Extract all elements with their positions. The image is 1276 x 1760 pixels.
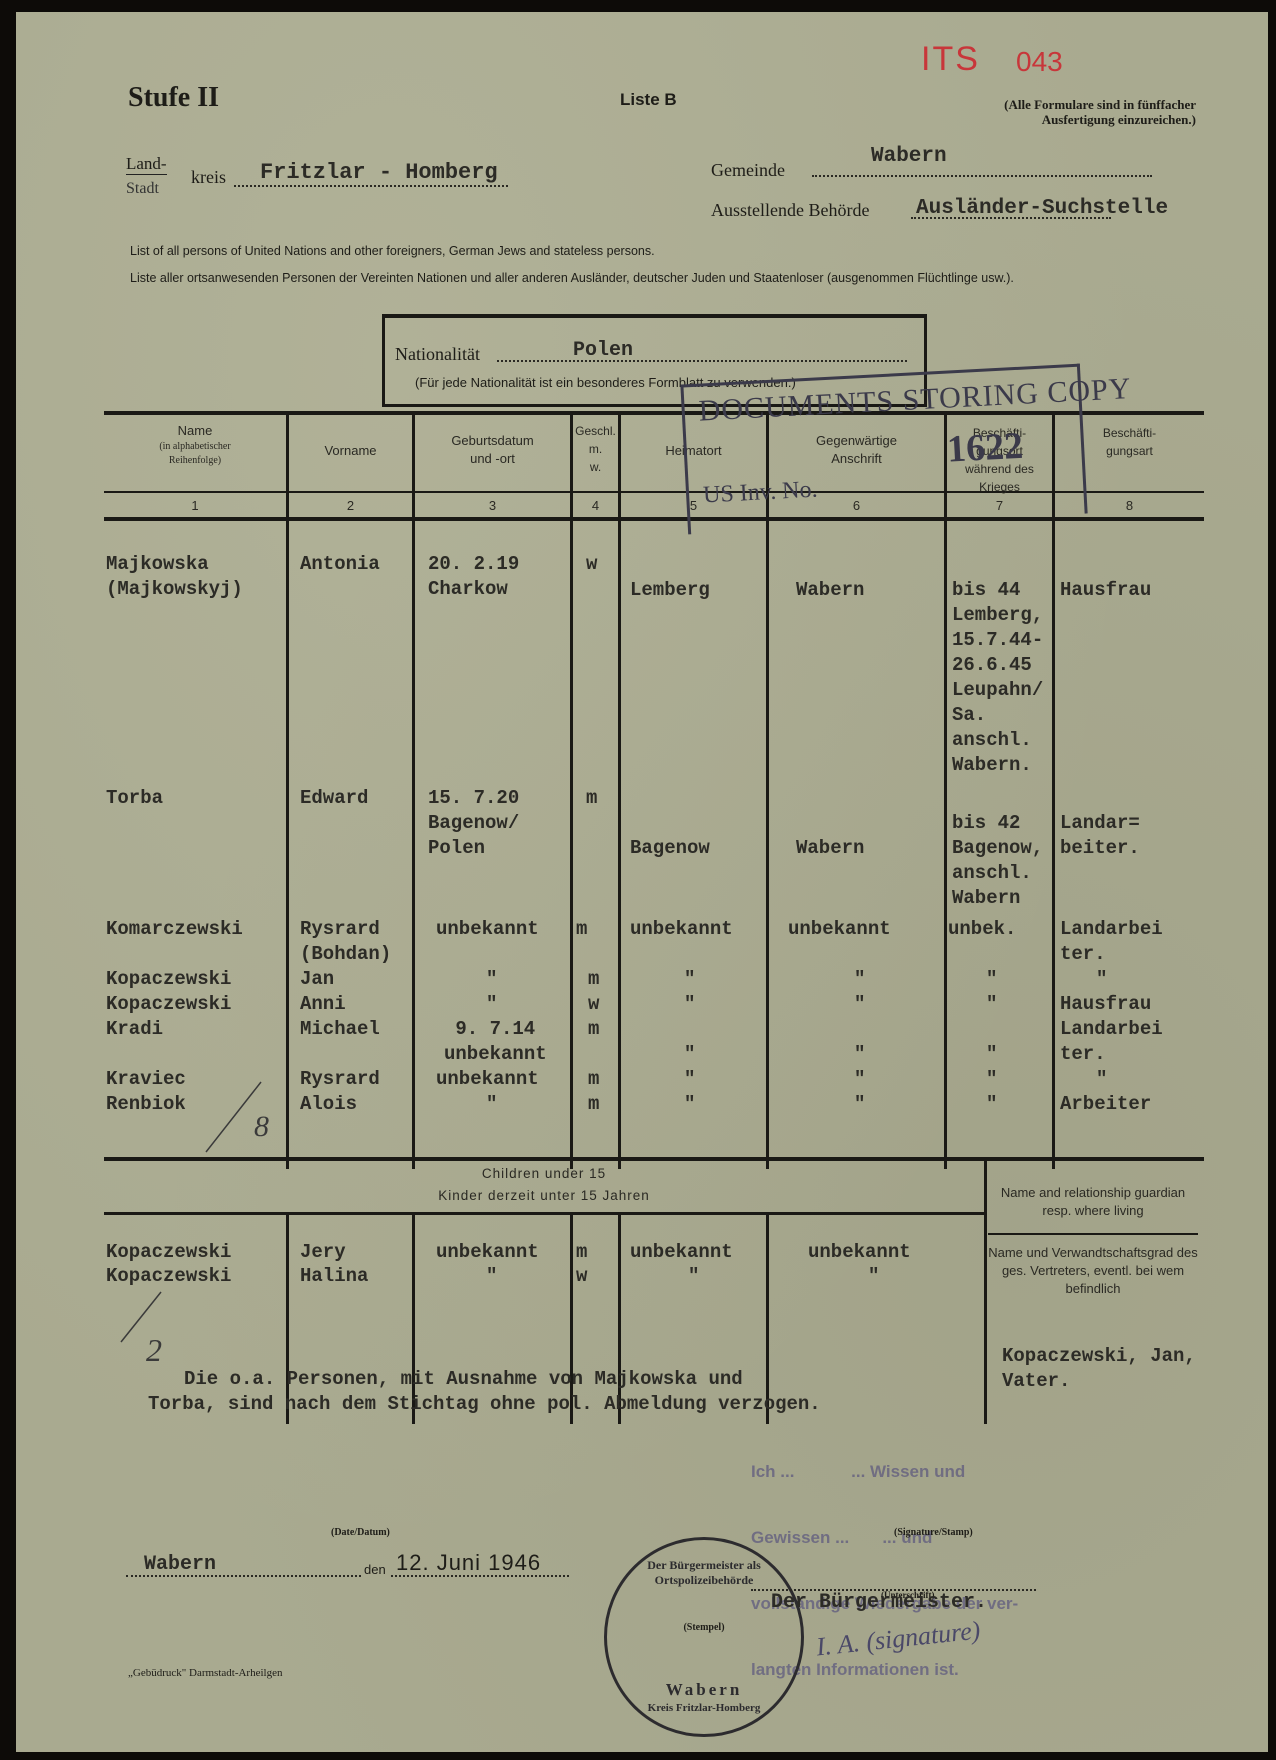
row2-heimatort: Bagenow bbox=[630, 836, 710, 861]
nationality-value: Polen bbox=[573, 338, 633, 363]
col-header-geburt: Geburtsdatum und -ort bbox=[415, 432, 570, 468]
handwritten-count-adults-mark bbox=[201, 1077, 281, 1157]
children-title: Children under 15 Kinder derzeit unter 1… bbox=[104, 1163, 984, 1207]
date-label: (Date/Datum) bbox=[331, 1527, 390, 1538]
children-top-rule bbox=[104, 1157, 1204, 1161]
row3-name: Komarczewski bbox=[106, 917, 243, 942]
col-divider-6 bbox=[944, 414, 947, 1169]
its-number: 043 bbox=[1016, 46, 1063, 78]
row5-heimatort: " bbox=[684, 992, 695, 1017]
child1-heimatort: unbekannt bbox=[630, 1240, 733, 1265]
intro-german: Liste aller ortsanwesenden Personen der … bbox=[130, 268, 1210, 289]
row2-vorname: Edward bbox=[300, 786, 368, 811]
col-header-geschlecht: Geschl. m. w. bbox=[573, 422, 618, 476]
storing-stamp-number: 1622 bbox=[946, 424, 1024, 472]
landkreis-label: Land- bbox=[126, 154, 167, 175]
col-divider-3 bbox=[570, 414, 573, 1169]
row7-geburt: unbekannt bbox=[436, 1067, 539, 1092]
col-num-1: 1 bbox=[104, 498, 286, 513]
child2-heimatort: " bbox=[688, 1264, 699, 1289]
row3-ort-krieg: unbek. bbox=[948, 917, 1016, 942]
row6-name: Kradi bbox=[106, 1017, 163, 1042]
seal-kreis: Kreis Fritzlar-Homberg bbox=[607, 1702, 801, 1714]
row4-ort-krieg: " bbox=[986, 967, 997, 992]
guardian-header-en: Name and relationship guardian resp. whe… bbox=[988, 1184, 1198, 1220]
row5-name: Kopaczewski bbox=[106, 992, 231, 1017]
child1-anschrift: unbekannt bbox=[808, 1240, 911, 1265]
col-divider-4 bbox=[618, 414, 621, 1169]
handwritten-count-adults: 8 bbox=[254, 1110, 269, 1144]
child2-vorname: Halina bbox=[300, 1264, 368, 1289]
nationality-label: Nationalität bbox=[395, 344, 480, 365]
child2-anschrift: " bbox=[868, 1264, 879, 1289]
place-value: Wabern bbox=[144, 1552, 216, 1577]
child1-geschl: m bbox=[576, 1240, 587, 1265]
row6-art: Landarbei ter. bbox=[1060, 1017, 1163, 1067]
row3-anschrift: unbekannt bbox=[788, 917, 891, 942]
intro-english: List of all persons of United Nations an… bbox=[130, 244, 655, 258]
documents-storing-stamp: DOCUMENTS STORING COPY US Inv. No. 1622 bbox=[680, 364, 1087, 535]
row3-geschl: m bbox=[576, 917, 587, 942]
copies-note: (Alle Formulare sind in fünffacher Ausfe… bbox=[896, 97, 1196, 127]
storing-stamp-inv-label: US Inv. No. bbox=[703, 477, 819, 510]
stufe-title: Stufe II bbox=[128, 82, 219, 114]
row3-heimatort: unbekannt bbox=[630, 917, 733, 942]
nationality-line bbox=[497, 360, 907, 362]
child2-name: Kopaczewski bbox=[106, 1264, 231, 1289]
row6-vorname: Michael bbox=[300, 1017, 380, 1042]
row7-name: Kraviec bbox=[106, 1067, 186, 1092]
row6-heimatort: " bbox=[684, 1042, 695, 1067]
storing-stamp-title: DOCUMENTS STORING COPY bbox=[698, 372, 1132, 429]
row1-geburt: 20. 2.19 Charkow bbox=[428, 552, 519, 602]
row1-geschl: w bbox=[586, 552, 597, 577]
table-colnum-rule bbox=[104, 517, 1204, 521]
row1-ort-krieg: bis 44 Lemberg, 15.7.44- 26.6.45 Leupahn… bbox=[952, 578, 1043, 778]
row7-geschl: m bbox=[588, 1067, 599, 1092]
row4-art: " bbox=[1096, 967, 1107, 992]
row1-vorname: Antonia bbox=[300, 552, 380, 577]
row4-geburt: " bbox=[486, 967, 497, 992]
landkreis-suffix: kreis bbox=[191, 167, 226, 188]
guardian-divider bbox=[984, 1159, 987, 1424]
row2-ort-krieg: bis 42 Bagenow, anschl. Wabern bbox=[952, 811, 1043, 911]
row4-anschrift: " bbox=[854, 967, 865, 992]
liste-label: Liste B bbox=[620, 90, 677, 110]
seal-top-text: Der Bürgermeister als Ortspolizeibehörde bbox=[607, 1558, 801, 1588]
gemeinde-value: Wabern bbox=[871, 144, 947, 169]
official-seal: Der Bürgermeister als Ortspolizeibehörde… bbox=[604, 1537, 804, 1737]
child1-geburt: unbekannt bbox=[436, 1240, 539, 1265]
guardian-header-de: Name und Verwandtschaftsgrad des ges. Ve… bbox=[988, 1244, 1198, 1298]
row7-anschrift: " bbox=[854, 1067, 865, 1092]
child1-name: Kopaczewski bbox=[106, 1240, 231, 1265]
col-num-2: 2 bbox=[289, 498, 412, 513]
row2-art: Landar= beiter. bbox=[1060, 811, 1140, 861]
row1-name: Majkowska (Majkowskyj) bbox=[106, 552, 243, 602]
row3-art: Landarbei ter. bbox=[1060, 917, 1163, 967]
seal-town: Wabern bbox=[607, 1680, 801, 1700]
gemeinde-line bbox=[812, 175, 1152, 177]
col-divider-7 bbox=[1052, 414, 1055, 1169]
col-divider-2 bbox=[412, 414, 415, 1169]
row5-geschl: w bbox=[588, 992, 599, 1017]
its-stamp: ITS bbox=[921, 40, 980, 79]
handwritten-count-children: 2 bbox=[146, 1332, 162, 1369]
row8-name: Renbiok bbox=[106, 1092, 186, 1117]
signature-label: (Signature/Stamp) bbox=[894, 1527, 973, 1538]
remark-line1: Die o.a. Personen, mit Ausnahme von Majk… bbox=[184, 1367, 743, 1392]
signer-title: Der Bürgermeister. bbox=[771, 1590, 987, 1615]
guardian-header-rule bbox=[988, 1233, 1198, 1235]
landkreis-label-stadt: Stadt bbox=[126, 180, 159, 198]
row8-anschrift: " bbox=[854, 1092, 865, 1117]
row1-anschrift: Wabern bbox=[796, 578, 864, 603]
row7-heimatort: " bbox=[684, 1067, 695, 1092]
row4-heimatort: " bbox=[684, 967, 695, 992]
col-num-4: 4 bbox=[573, 498, 618, 513]
row6-ort-krieg: " bbox=[986, 1042, 997, 1067]
row5-geburt: " bbox=[486, 992, 497, 1017]
row7-vorname: Rysrard bbox=[300, 1067, 380, 1092]
row8-geschl: m bbox=[588, 1092, 599, 1117]
col-divider-1 bbox=[286, 414, 289, 1169]
row4-vorname: Jan bbox=[300, 967, 334, 992]
remark-line2: Torba, sind nach dem Stichtag ohne pol. … bbox=[148, 1392, 821, 1417]
row8-geburt: " bbox=[486, 1092, 497, 1117]
child2-geschl: w bbox=[576, 1264, 587, 1289]
row8-heimatort: " bbox=[684, 1092, 695, 1117]
row8-art: Arbeiter bbox=[1060, 1092, 1151, 1117]
row6-anschrift: " bbox=[854, 1042, 865, 1067]
row2-name: Torba bbox=[106, 786, 163, 811]
row2-geburt: 15. 7.20 Bagenow/ Polen bbox=[428, 786, 519, 861]
row1-art: Hausfrau bbox=[1060, 578, 1151, 603]
gemeinde-label: Gemeinde bbox=[711, 160, 785, 181]
behoerde-label: Ausstellende Behörde bbox=[711, 200, 869, 221]
row5-anschrift: " bbox=[854, 992, 865, 1017]
landkreis-line bbox=[234, 185, 508, 187]
date-value: 12. Juni 1946 bbox=[396, 1550, 541, 1576]
stempel-label: (Stempel) bbox=[607, 1622, 801, 1633]
behoerde-value: Ausländer-Suchstelle bbox=[916, 196, 1168, 221]
row8-vorname: Alois bbox=[300, 1092, 357, 1117]
row3-geburt: unbekannt bbox=[436, 917, 539, 942]
row2-anschrift: Wabern bbox=[796, 836, 864, 861]
guardian-value: Kopaczewski, Jan, Vater. bbox=[1002, 1344, 1196, 1394]
row7-art: " bbox=[1096, 1067, 1107, 1092]
children-header-rule bbox=[104, 1212, 984, 1215]
col-header-name: Name (in alphabetischer Reihenfolge) bbox=[104, 422, 286, 468]
col-header-vorname: Vorname bbox=[289, 442, 412, 460]
row5-vorname: Anni bbox=[300, 992, 346, 1017]
child1-vorname: Jery bbox=[300, 1240, 346, 1265]
landkreis-value: Fritzlar - Homberg bbox=[260, 160, 498, 185]
col-num-3: 3 bbox=[415, 498, 570, 513]
child2-geburt: " bbox=[486, 1264, 497, 1289]
row3-vorname: Rysrard (Bohdan) bbox=[300, 917, 391, 967]
row7-ort-krieg: " bbox=[986, 1067, 997, 1092]
row6-geschl: m bbox=[588, 1017, 599, 1042]
row5-art: Hausfrau bbox=[1060, 992, 1151, 1017]
row4-name: Kopaczewski bbox=[106, 967, 231, 992]
row8-ort-krieg: " bbox=[986, 1092, 997, 1117]
den-label: den bbox=[364, 1562, 386, 1577]
row5-ort-krieg: " bbox=[986, 992, 997, 1017]
document-page: Stufe II Liste B ITS 043 (Alle Formulare… bbox=[16, 12, 1268, 1752]
row4-geschl: m bbox=[588, 967, 599, 992]
row2-geschl: m bbox=[586, 786, 597, 811]
row6-geburt: 9. 7.14 unbekannt bbox=[444, 1017, 547, 1067]
row1-heimatort: Lemberg bbox=[630, 578, 710, 603]
printer-imprint: „Gebüdruck" Darmstadt-Arheilgen bbox=[128, 1667, 282, 1679]
